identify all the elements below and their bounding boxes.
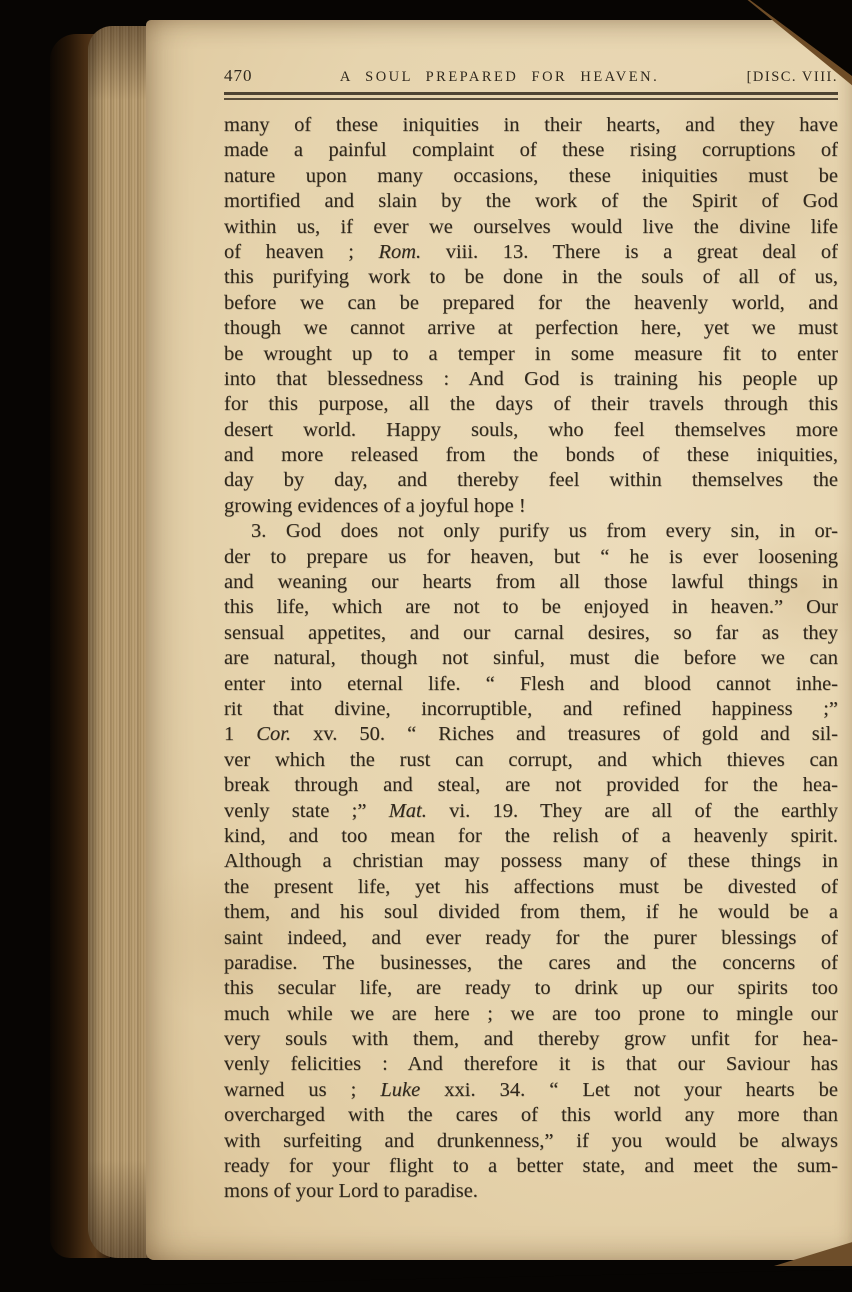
text-line: rit that divine, incorruptible, and refi… — [224, 697, 838, 722]
dark-edge-bottom — [142, 1260, 852, 1292]
text-line: this secular life, are ready to drink up… — [224, 976, 838, 1001]
text-line: for this purpose, all the days of their … — [224, 392, 838, 417]
text-line: der to prepare us for heaven, but “ he i… — [224, 545, 838, 570]
text-line: mons of your Lord to paradise. — [224, 1179, 838, 1204]
text-line: the present life, yet his affections mus… — [224, 875, 838, 900]
text-line: growing evidences of a joyful hope ! — [224, 494, 838, 519]
body-text: many of these iniquities in their hearts… — [224, 113, 838, 1205]
text-line: 1 Cor. xv. 50. “ Riches and treasures of… — [224, 722, 838, 747]
text-line: much while we are here ; we are too pron… — [224, 1002, 838, 1027]
text-line: venly felicities : And therefore it is t… — [224, 1052, 838, 1077]
page-header: 470 A SOUL PREPARED FOR HEAVEN. [DISC. V… — [224, 66, 838, 86]
text-line: them, and his soul divided from them, if… — [224, 900, 838, 925]
running-title: A SOUL PREPARED FOR HEAVEN. — [253, 69, 747, 86]
text-line: kind, and too mean for the relish of a h… — [224, 824, 838, 849]
text-line: within us, if ever we ourselves would li… — [224, 215, 838, 240]
text-line: saint indeed, and ever ready for the pur… — [224, 926, 838, 951]
text-line: 3. God does not only purify us from ever… — [224, 519, 838, 544]
text-line: ready for your flight to a better state,… — [224, 1154, 838, 1179]
text-line: sensual appetites, and our carnal desire… — [224, 621, 838, 646]
text-line: of heaven ; Rom. viii. 13. There is a gr… — [224, 240, 838, 265]
text-line: into that blessedness : And God is train… — [224, 367, 838, 392]
text-line: and weaning our hearts from all those la… — [224, 570, 838, 595]
text-line: desert world. Happy souls, who feel them… — [224, 418, 838, 443]
text-line: made a painful complaint of these rising… — [224, 138, 838, 163]
section-label: [DISC. VIII. — [747, 69, 838, 86]
header-rule — [224, 92, 838, 100]
text-line: overcharged with the cares of this world… — [224, 1103, 838, 1128]
text-line: though we cannot arrive at perfection he… — [224, 316, 838, 341]
text-line: be wrought up to a temper in some measur… — [224, 342, 838, 367]
text-line: enter into eternal life. “ Flesh and blo… — [224, 672, 838, 697]
text-line: this life, which are not to be enjoyed i… — [224, 595, 838, 620]
text-line: and more released from the bonds of thes… — [224, 443, 838, 468]
text-line: break through and steal, are not provide… — [224, 773, 838, 798]
printed-area: 470 A SOUL PREPARED FOR HEAVEN. [DISC. V… — [224, 66, 838, 1205]
text-line: are natural, though not sinful, must die… — [224, 646, 838, 671]
page-number: 470 — [224, 66, 253, 86]
text-line: paradise. The businesses, the cares and … — [224, 951, 838, 976]
text-line: ver which the rust can corrupt, and whic… — [224, 748, 838, 773]
text-line: nature upon many occasions, these iniqui… — [224, 164, 838, 189]
text-line: many of these iniquities in their hearts… — [224, 113, 838, 138]
text-line: this purifying work to be done in the so… — [224, 265, 838, 290]
text-line: before we can be prepared for the heaven… — [224, 291, 838, 316]
text-line: day by day, and thereby feel within them… — [224, 468, 838, 493]
text-line: venly state ;” Mat. vi. 19. They are all… — [224, 799, 838, 824]
text-line: very souls with them, and thereby grow u… — [224, 1027, 838, 1052]
text-line: with surfeiting and drunkenness,” if you… — [224, 1129, 838, 1154]
text-line: mortified and slain by the work of the S… — [224, 189, 838, 214]
text-line: warned us ; Luke xxi. 34. “ Let not your… — [224, 1078, 838, 1103]
page-fore-edge-stack — [88, 26, 150, 1258]
text-line: Although a christian may possess many of… — [224, 849, 838, 874]
